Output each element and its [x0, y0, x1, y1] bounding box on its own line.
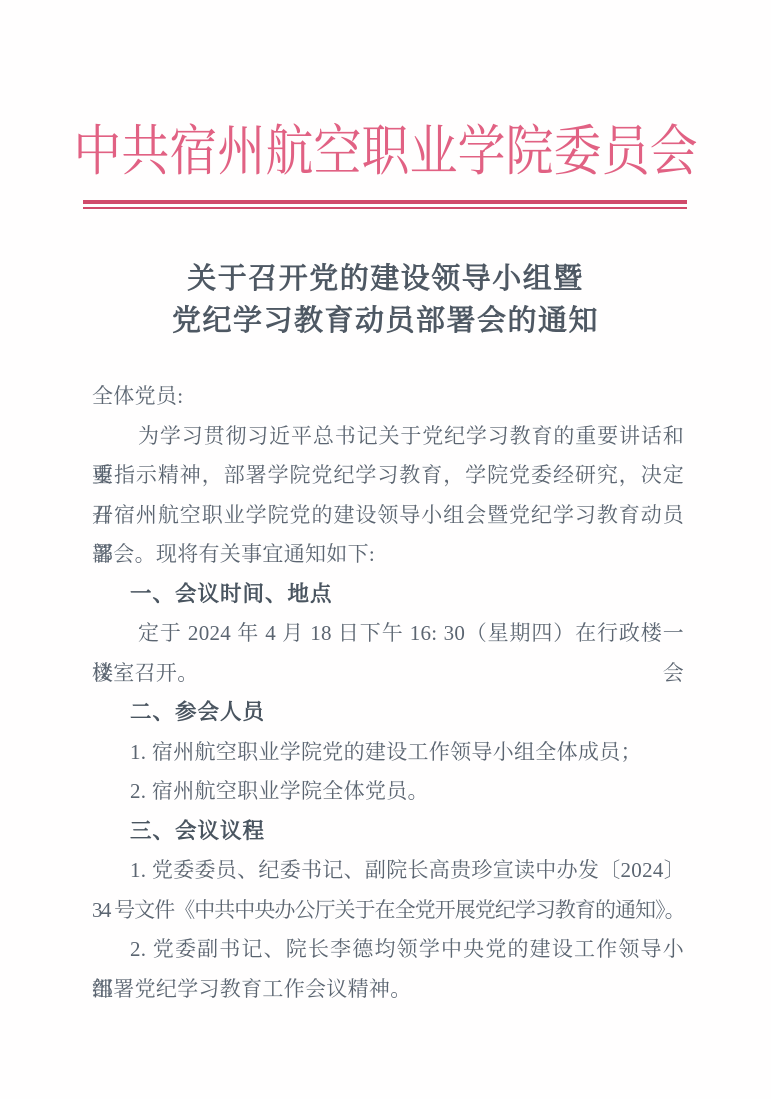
body-line: 部署党纪学习教育工作会议精神。	[92, 970, 684, 1010]
body-line: 二、参会人员	[92, 693, 684, 733]
masthead-rule-thin	[83, 207, 687, 209]
body-line: 1. 党委委员、纪委书记、副院长高贵珍宣读中办发〔2024〕	[92, 851, 684, 891]
masthead-issuer-title: 中共宿州航空职业学院委员会	[8, 118, 764, 185]
masthead-rule-thick	[83, 200, 687, 204]
body-line: 定于 2024 年 4 月 18 日下午 16: 30（星期四）在行政楼一楼会	[92, 614, 684, 654]
body-line: 署会。现将有关事宜通知如下:	[92, 535, 684, 575]
body-line: 为学习贯彻习近平总书记关于党纪学习教育的重要讲话和重	[92, 417, 684, 457]
body-line: 34 号文件《中共中央办公厅关于在全党开展党纪学习教育的通知》。	[92, 891, 684, 931]
scanned-notice-page: 中共宿州航空职业学院委员会 关于召开党的建设领导小组暨 党纪学习教育动员部署会的…	[0, 0, 771, 1099]
body-line: 开宿州航空职业学院党的建设领导小组会暨党纪学习教育动员部	[92, 496, 684, 536]
document-title-line-2: 党纪学习教育动员部署会的通知	[0, 300, 771, 342]
body-line: 1. 宿州航空职业学院党的建设工作领导小组全体成员；	[92, 733, 684, 773]
body-line: 2. 宿州航空职业学院全体党员。	[92, 772, 684, 812]
body-line: 全体党员:	[92, 377, 684, 417]
body-line: 要指示精神，部署学院党纪学习教育，学院党委经研究，决定召	[92, 456, 684, 496]
notice-body: 全体党员:为学习贯彻习近平总书记关于党纪学习教育的重要讲话和重要指示精神，部署学…	[92, 377, 684, 1009]
document-title: 关于召开党的建设领导小组暨 党纪学习教育动员部署会的通知	[0, 258, 771, 342]
body-line: 三、会议议程	[92, 812, 684, 852]
document-title-line-1: 关于召开党的建设领导小组暨	[0, 258, 771, 300]
body-line: 2. 党委副书记、院长李德均领学中央党的建设工作领导小组	[92, 930, 684, 970]
body-line: 一、会议时间、地点	[92, 575, 684, 615]
